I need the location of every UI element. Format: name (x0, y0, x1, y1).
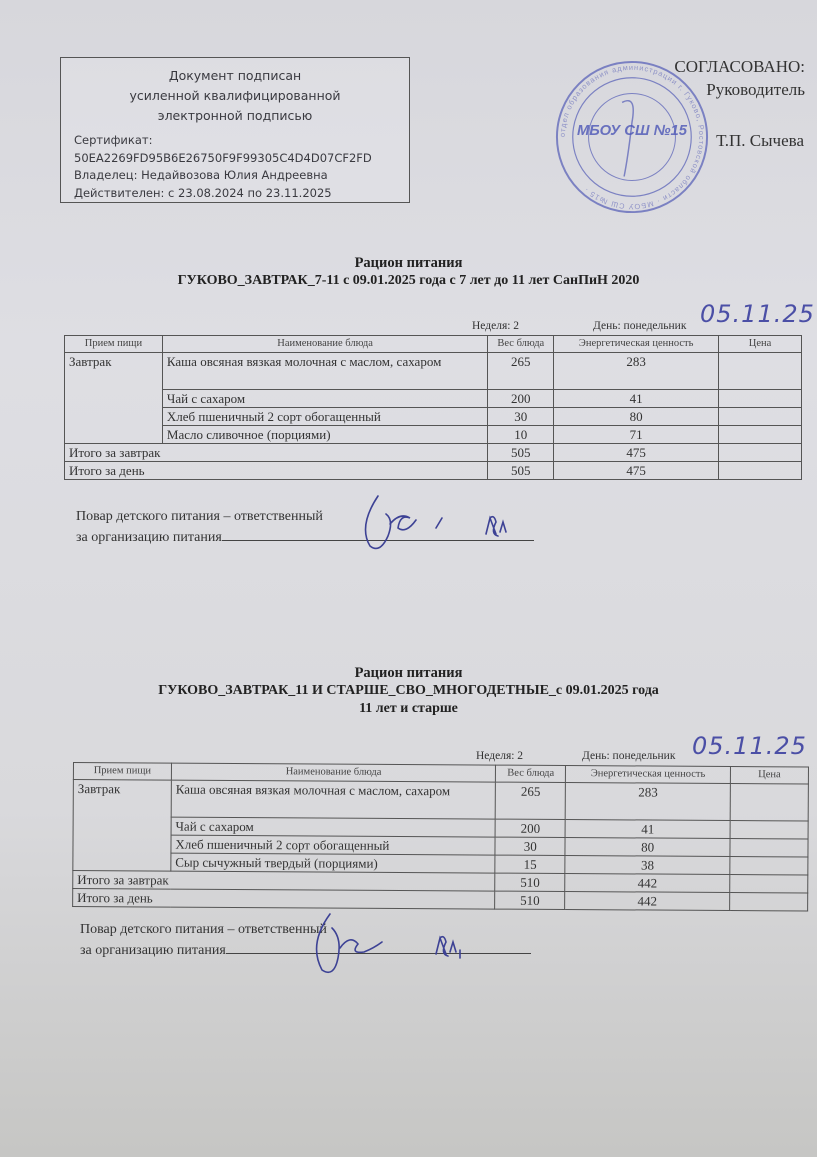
energy-cell: 80 (565, 838, 730, 857)
weight-cell: 200 (495, 819, 565, 837)
dish-cell: Масло сливочное (порциями) (162, 426, 487, 444)
total-price (719, 462, 802, 480)
price-cell (730, 839, 808, 857)
menu-1-week: Неделя: 2 (472, 320, 519, 332)
meal-cell: Завтрак (65, 353, 163, 444)
menu-2-week: Неделя: 2 (476, 750, 523, 762)
menu-2-subtitle-age: 11 лет и старше (0, 700, 817, 718)
table-row: Чай с сахаром 200 41 (65, 390, 802, 408)
menu-1-handwritten-date: 05.11.25 (700, 300, 815, 328)
weight-cell: 15 (495, 855, 565, 873)
menu-1-day: День: понедельник (593, 320, 686, 332)
certificate-number: 50EA2269FD95B6E26750F9F99305C4D4D07CF2FD (74, 150, 409, 168)
total-label: Итого за завтрак (73, 871, 495, 892)
price-cell (730, 784, 808, 821)
energy-cell: 283 (565, 783, 730, 821)
weight-cell: 30 (495, 837, 565, 855)
total-label: Итого за день (65, 462, 488, 480)
column-header: Цена (719, 336, 802, 353)
handwritten-signature-icon (300, 908, 490, 983)
price-cell (719, 426, 802, 444)
signature-title-line: усиленной квалифицированной (61, 86, 409, 106)
electronic-signature-box: Документ подписан усиленной квалифициров… (60, 57, 410, 203)
energy-cell: 283 (554, 353, 719, 390)
table-row: Хлеб пшеничный 2 сорт обогащенный 30 80 (65, 408, 802, 426)
menu-2-handwritten-date: 05.11.25 (692, 732, 807, 760)
total-price (719, 444, 802, 462)
dish-cell: Сыр сычужный твердый (порциями) (171, 853, 496, 873)
dish-cell: Чай с сахаром (162, 390, 487, 408)
total-label: Итого за день (73, 889, 495, 910)
total-energy: 475 (554, 462, 719, 480)
menu-1-title: Рацион питания (0, 254, 817, 272)
price-cell (719, 408, 802, 426)
handwritten-signature-icon (340, 488, 520, 558)
column-header: Энергетическая ценность (566, 766, 731, 784)
total-price (730, 893, 808, 911)
cook-line-2: за организацию питания (80, 943, 226, 958)
energy-cell: 41 (554, 390, 719, 408)
certificate-label: Сертификат: (74, 132, 409, 150)
menu-2-subtitle: ГУКОВО_ЗАВТРАК_11 И СТАРШЕ_СВО_МНОГОДЕТН… (0, 682, 817, 700)
price-cell (719, 390, 802, 408)
energy-cell: 71 (554, 426, 719, 444)
menu-1-table: Прием пищи Наименование блюда Вес блюда … (64, 335, 802, 480)
svg-text:МБОУ СШ №15: МБОУ СШ №15 (577, 123, 688, 139)
column-header: Цена (730, 767, 808, 784)
signature-title-line: электронной подписью (61, 106, 409, 126)
total-label: Итого за завтрак (65, 444, 488, 462)
approval-name: Т.П. Сычева (674, 129, 804, 152)
approval-role: Руководитель (674, 78, 805, 101)
price-cell (730, 857, 808, 875)
total-price (730, 875, 808, 893)
certificate-owner: Владелец: Недайвозова Юлия Андреевна (74, 167, 409, 185)
table-row: Завтрак Каша овсяная вязкая молочная с м… (65, 353, 802, 390)
price-cell (719, 353, 802, 390)
total-weight: 510 (495, 891, 565, 909)
menu-2-day: День: понедельник (582, 750, 675, 762)
total-energy: 442 (565, 874, 730, 893)
signature-title-line: Документ подписан (61, 66, 409, 86)
price-cell (730, 821, 808, 839)
weight-cell: 10 (488, 426, 554, 444)
column-header: Вес блюда (488, 336, 554, 353)
total-weight: 505 (488, 444, 554, 462)
dish-cell: Каша овсяная вязкая молочная с маслом, с… (162, 353, 487, 390)
total-weight: 505 (488, 462, 554, 480)
column-header: Наименование блюда (162, 336, 487, 353)
column-header: Прием пищи (65, 336, 163, 353)
weight-cell: 30 (488, 408, 554, 426)
dish-cell: Каша овсяная вязкая молочная с маслом, с… (171, 780, 496, 819)
column-header: Наименование блюда (171, 763, 496, 782)
weight-cell: 265 (496, 782, 566, 819)
dish-cell: Чай с сахаром (171, 817, 496, 837)
energy-cell: 80 (554, 408, 719, 426)
meal-cell: Завтрак (73, 780, 171, 872)
table-row: Завтрак Каша овсяная вязкая молочная с м… (73, 780, 808, 821)
table-header-row: Прием пищи Наименование блюда Вес блюда … (65, 336, 802, 353)
approval-block: СОГЛАСОВАНО: Руководитель Т.П. Сычева (674, 55, 805, 152)
approval-label: СОГЛАСОВАНО: (674, 55, 805, 78)
column-header: Вес блюда (496, 765, 566, 782)
menu-1-subtitle: ГУКОВО_ЗАВТРАК_7-11 с 09.01.2025 года с … (0, 272, 817, 290)
total-row: Итого за день 505 475 (65, 462, 802, 480)
menu-2-table: Прием пищи Наименование блюда Вес блюда … (72, 762, 809, 911)
total-weight: 510 (495, 873, 565, 891)
dish-cell: Хлеб пшеничный 2 сорт обогащенный (171, 835, 496, 855)
total-row: Итого за завтрак 505 475 (65, 444, 802, 462)
table-row: Масло сливочное (порциями) 10 71 (65, 426, 802, 444)
energy-cell: 41 (565, 820, 730, 839)
total-energy: 442 (565, 892, 730, 911)
energy-cell: 38 (565, 856, 730, 875)
certificate-validity: Действителен: с 23.08.2024 по 23.11.2025 (74, 185, 409, 203)
weight-cell: 200 (488, 390, 554, 408)
weight-cell: 265 (488, 353, 554, 390)
dish-cell: Хлеб пшеничный 2 сорт обогащенный (162, 408, 487, 426)
cook-line-2: за организацию питания (76, 530, 222, 545)
menu-2-title: Рацион питания (0, 664, 817, 682)
total-energy: 475 (554, 444, 719, 462)
column-header: Прием пищи (73, 763, 171, 781)
column-header: Энергетическая ценность (554, 336, 719, 353)
